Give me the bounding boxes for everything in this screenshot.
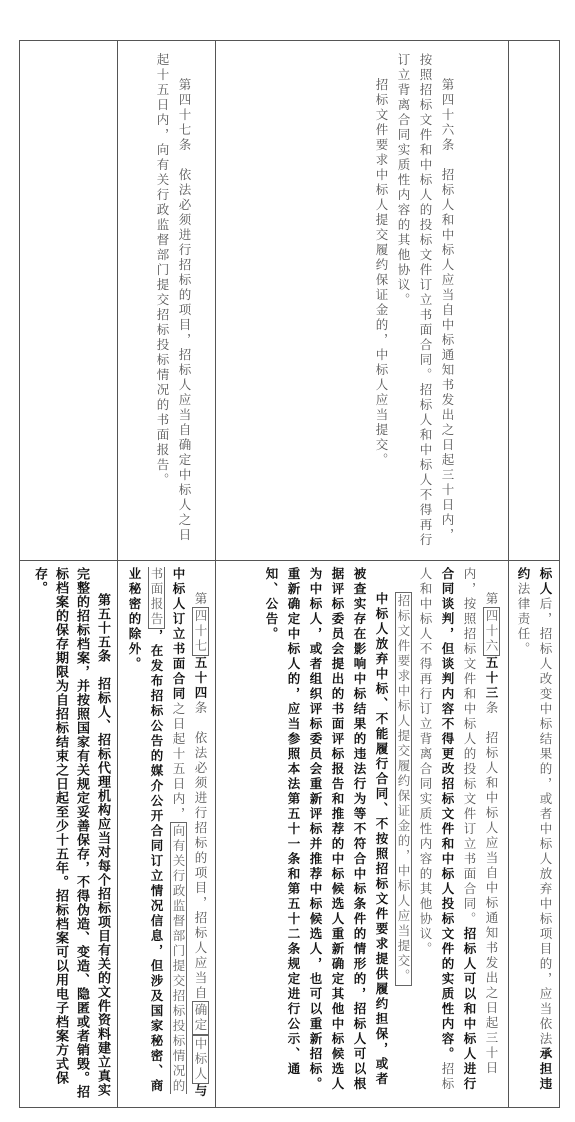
article-53-new-para: 中标人放弃中标、不能履行合同、不按照招标文件要求提供履约担保，或者被查实存在影响… (260, 567, 392, 1101)
article-prefix: 第 (193, 592, 208, 607)
article-47-para: 第四十七条 依法必须进行招标的项目，招标人应当自确定中标人之日起十五日内，向有关… (151, 53, 195, 554)
new-law-article-55: 第五十五条 招标人、招标代理机构应当对每个招标项目有关的文件资料建立真实完整的招… (20, 561, 117, 1107)
deleted-article-number: 四十六 (483, 607, 500, 656)
continuation-para: 标人后，招标人改变中标结果的，或者中标人放弃中标项目的，应当依法承担违约法律责任… (512, 567, 556, 1101)
old-law-article-46: 第四十六条 招标人和中标人应当自中标通知书发出之日起三十日内，按照招标文件和中标… (216, 41, 508, 560)
new-law-article-53: 第四十六五十三条 招标人和中标人应当自中标通知书发出之日起三十日内，按照招标文件… (216, 561, 508, 1107)
article-54-para: 第四十七五十四条 依法必须进行招标的项目，招标人应当自确定中标人与中标人订立书面… (123, 567, 211, 1101)
article-46-label: 第四十六条 (440, 78, 455, 153)
article-46-para-1: 第四十六条 招标人和中标人应当自中标通知书发出之日起三十日内，按照招标文件和中标… (392, 53, 458, 554)
text: 依法必须进行招标的项目，招标人应当自 (193, 731, 208, 1001)
article-47-label: 第四十七条 (177, 78, 192, 153)
article-suffix: 条 (193, 701, 208, 716)
old-law-cell-empty (509, 41, 560, 560)
inserted-text: ，在发布招标公告的媒介公开合同订立情况信息，但涉及国家秘密、商业秘密的除外。 (127, 567, 164, 1094)
old-law-article-47: 第四十七条 依法必须进行招标的项目，招标人应当自确定中标人之日起十五日内，向有关… (118, 41, 215, 560)
text: 法律责任。 (516, 582, 531, 657)
deleted-article-number: 四十七 (192, 607, 209, 656)
bold-text: 标人 (538, 567, 553, 597)
new-law-continuation: 标人后，招标人改变中标结果的，或者中标人放弃中标项目的，应当依法承担违约法律责任… (509, 561, 560, 1107)
law-comparison-table: 第四十六条 招标人和中标人应当自中标通知书发出之日起三十日内，按照招标文件和中标… (19, 40, 560, 1108)
new-law-article-54: 第四十七五十四条 依法必须进行招标的项目，招标人应当自确定中标人与中标人订立书面… (118, 561, 215, 1107)
old-law-cell-empty-2 (20, 41, 117, 560)
deleted-text: 确定 (192, 1001, 209, 1035)
new-article-number: 五十四 (193, 656, 208, 701)
article-55-label: 第五十五条 (95, 593, 110, 663)
deleted-text: 中标人 (192, 1035, 209, 1084)
new-article-number: 五十三 (484, 656, 499, 701)
article-53-deleted-para: 招标文件要求中标人提交履约保证金的，中标人应当提交。 (392, 567, 414, 1101)
article-prefix: 第 (484, 592, 499, 607)
text: 后，招标人改变中标结果的，或者中标人放弃中标项目的，应当依法 (538, 597, 553, 1047)
article-suffix: 条 (484, 701, 499, 716)
article-53-para-1: 第四十六五十三条 招标人和中标人应当自中标通知书发出之日起三十日内，按照招标文件… (414, 567, 502, 1101)
article-55-para: 第五十五条 招标人、招标代理机构应当对每个招标项目有关的文件资料建立真实完整的招… (29, 567, 113, 1101)
text: 之日起十五日内， (171, 702, 186, 822)
article-46-para-2: 招标文件要求中标人提交履约保证金的，中标人应当提交。 (370, 53, 392, 554)
deleted-text: 招标文件要求中标人提交履约保证金的，中标人应当提交。 (395, 592, 412, 986)
